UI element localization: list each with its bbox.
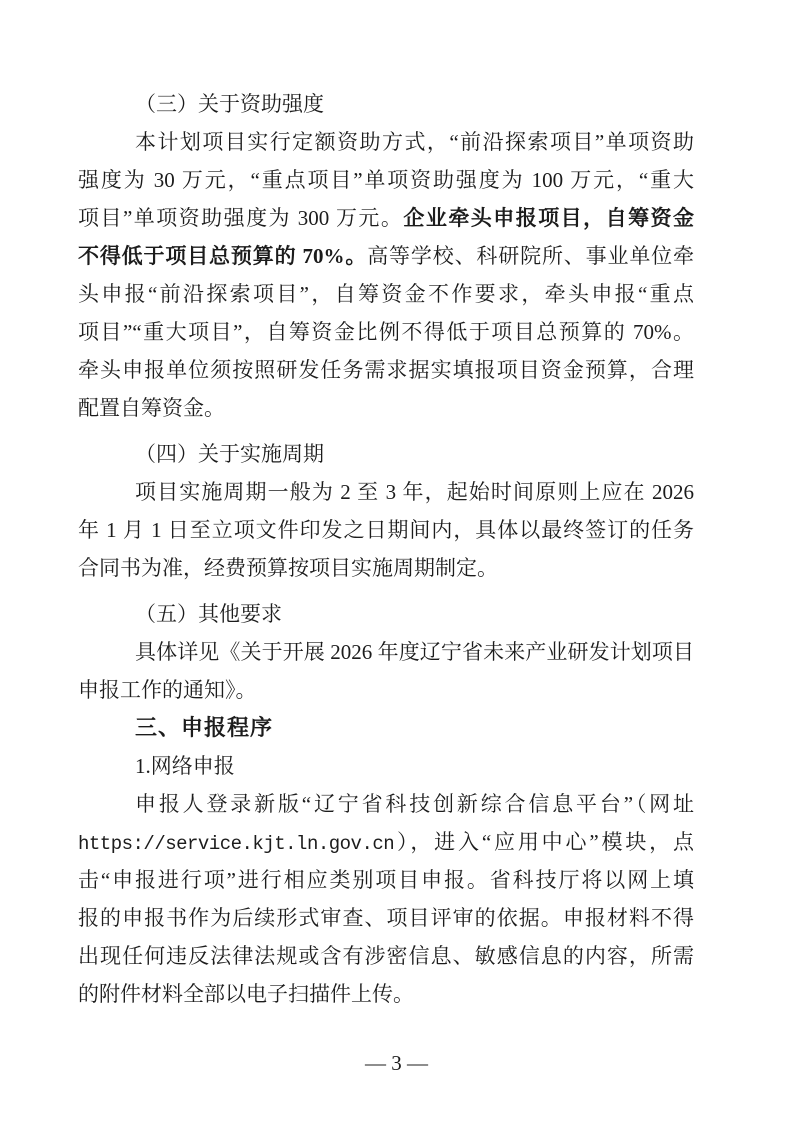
doc-line: https://service.kjt.ln.gov.cn），进入“应用中心”模… <box>78 823 694 861</box>
text-run: 强度为 30 万元，“重点项目”单项资助强度为 100 万元，“重大 <box>78 168 694 192</box>
doc-line: 合同书为准，经费预算按项目实施周期制定。 <box>78 549 694 587</box>
page-number: — 3 — <box>0 1044 793 1082</box>
doc-line: 的附件材料全部以电子扫描件上传。 <box>78 975 694 1013</box>
text-run: 项目实施周期一般为 2 至 3 年，起始时间原则上应在 2026 <box>135 480 694 504</box>
doc-line: 申报人登录新版“辽宁省科技创新综合信息平台”（网址 <box>78 785 694 823</box>
text-run: 的附件材料全部以电子扫描件上传。 <box>78 982 414 1006</box>
text-run: 项目”“重大项目”，自筹资金比例不得低于项目总预算的 70%。 <box>78 320 694 344</box>
document-body: （三）关于资助强度本计划项目实行定额资助方式，“前沿探索项目”单项资助强度为 3… <box>78 85 694 1013</box>
scanned-document-page: （三）关于资助强度本计划项目实行定额资助方式，“前沿探索项目”单项资助强度为 3… <box>0 0 793 1122</box>
text-run: 申报工作的通知》。 <box>78 678 257 702</box>
emphasized-text-run: 企业牵头申报项目，自筹资金 <box>403 206 694 230</box>
url-text: https://service.kjt.ln.gov.cn <box>78 833 394 855</box>
emphasized-text-run: 不得低于项目总预算的 70%。 <box>78 244 367 268</box>
text-run: 头申报“前沿探索项目”，自筹资金不作要求，牵头申报“重点 <box>78 282 694 306</box>
doc-line: 配置自筹资金。 <box>78 389 694 427</box>
heading-section-4: （四）关于实施周期 <box>78 435 694 473</box>
text-run: （三）关于资助强度 <box>135 92 324 116</box>
doc-line: 出现任何违反法律法规或含有涉密信息、敏感信息的内容，所需 <box>78 937 694 975</box>
doc-line: 申报工作的通知》。 <box>78 671 694 709</box>
subheading-1: 1.网络申报 <box>78 747 694 785</box>
text-run: 合同书为准，经费预算按项目实施周期制定。 <box>78 556 498 580</box>
doc-line: 牵头申报单位须按照研发任务需求据实填报项目资金预算，合理 <box>78 351 694 389</box>
text-run: （五）其他要求 <box>135 602 282 626</box>
doc-line: 不得低于项目总预算的 70%。高等学校、科研院所、事业单位牵 <box>78 237 694 275</box>
doc-line: 年 1 月 1 日至立项文件印发之日期间内，具体以最终签订的任务 <box>78 511 694 549</box>
heading-section-3: （三）关于资助强度 <box>78 85 694 123</box>
text-run: （四）关于实施周期 <box>135 442 324 466</box>
text-run: 1.网络申报 <box>135 754 235 778</box>
doc-line: 头申报“前沿探索项目”，自筹资金不作要求，牵头申报“重点 <box>78 275 694 313</box>
heading-part-3: 三、申报程序 <box>78 709 694 747</box>
doc-line: 具体详见《关于开展 2026 年度辽宁省未来产业研发计划项目 <box>78 633 694 671</box>
doc-line: 本计划项目实行定额资助方式，“前沿探索项目”单项资助 <box>78 123 694 161</box>
text-run: 三、申报程序 <box>135 715 273 740</box>
text-run: 出现任何违反法律法规或含有涉密信息、敏感信息的内容，所需 <box>78 944 694 968</box>
text-run: 项目”单项资助强度为 300 万元。 <box>78 206 403 230</box>
text-run: ），进入“应用中心”模块，点 <box>394 830 694 854</box>
doc-line: 强度为 30 万元，“重点项目”单项资助强度为 100 万元，“重大 <box>78 161 694 199</box>
heading-section-5: （五）其他要求 <box>78 595 694 633</box>
text-run: 报的申报书作为后续形式审查、项目评审的依据。申报材料不得 <box>78 906 694 930</box>
text-run: 申报人登录新版“辽宁省科技创新综合信息平台”（网址 <box>135 792 694 816</box>
text-run: 年 1 月 1 日至立项文件印发之日期间内，具体以最终签订的任务 <box>78 518 694 542</box>
text-run: 配置自筹资金。 <box>78 396 225 420</box>
doc-line: 项目”单项资助强度为 300 万元。企业牵头申报项目，自筹资金 <box>78 199 694 237</box>
doc-line: 项目实施周期一般为 2 至 3 年，起始时间原则上应在 2026 <box>78 473 694 511</box>
text-run: 本计划项目实行定额资助方式，“前沿探索项目”单项资助 <box>135 130 694 154</box>
doc-line: 报的申报书作为后续形式审查、项目评审的依据。申报材料不得 <box>78 899 694 937</box>
text-run: 牵头申报单位须按照研发任务需求据实填报项目资金预算，合理 <box>78 358 694 382</box>
text-run: 击“申报进行项”进行相应类别项目申报。省科技厅将以网上填 <box>78 868 694 892</box>
doc-line: 项目”“重大项目”，自筹资金比例不得低于项目总预算的 70%。 <box>78 313 694 351</box>
doc-line: 击“申报进行项”进行相应类别项目申报。省科技厅将以网上填 <box>78 861 694 899</box>
text-run: 具体详见《关于开展 2026 年度辽宁省未来产业研发计划项目 <box>135 640 694 664</box>
text-run: 高等学校、科研院所、事业单位牵 <box>367 244 694 268</box>
